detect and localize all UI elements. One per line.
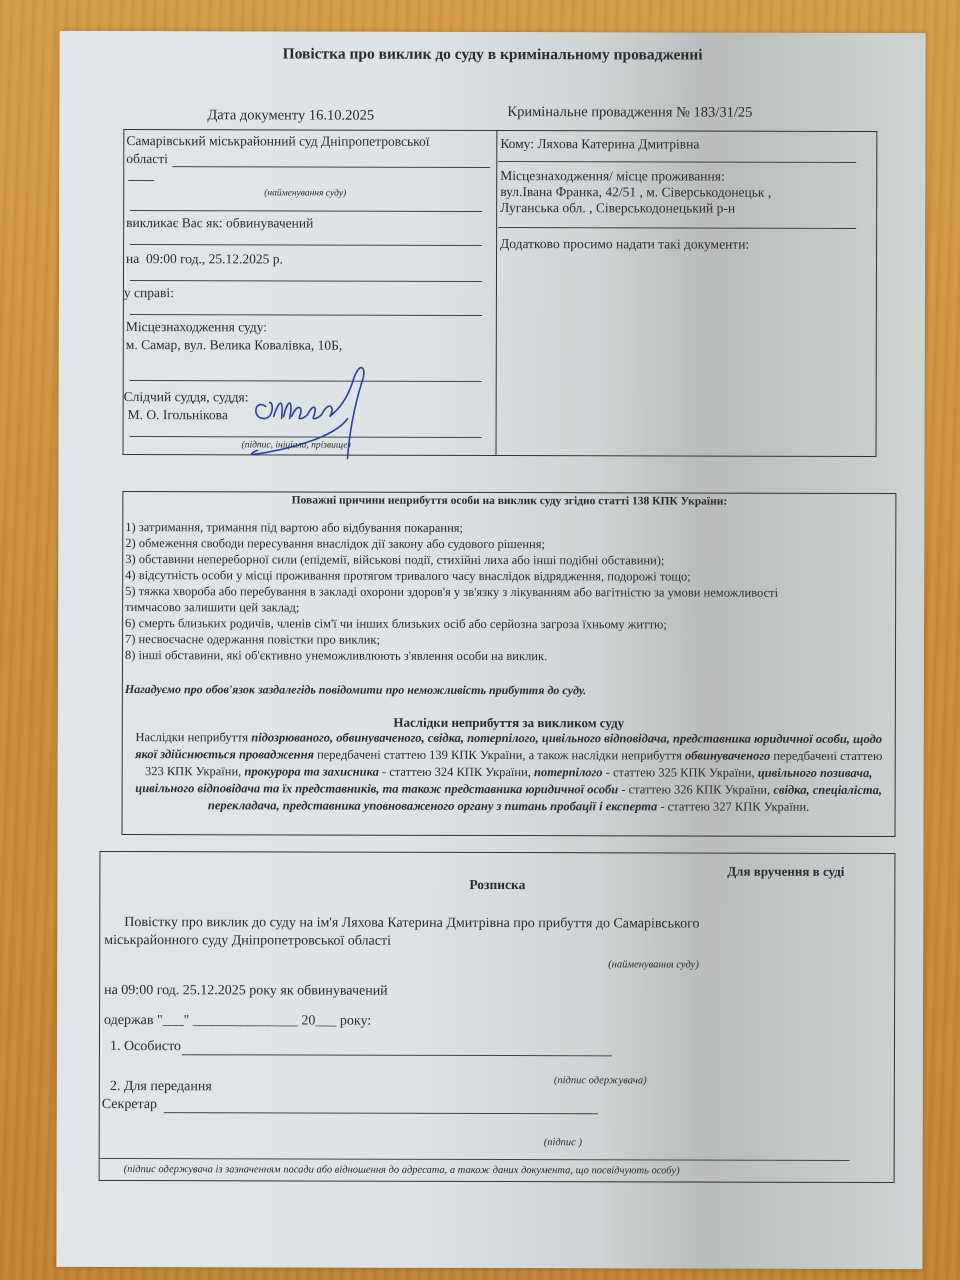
plain-text: Наслідки неприбуття: [136, 730, 252, 744]
summons-details-table: Самарівський міськрайонний суд Дніпропет…: [123, 129, 878, 457]
emphasized-text: потерпілого: [534, 765, 603, 779]
valid-reasons-box: Поважні причини неприбуття особи на викл…: [122, 491, 897, 837]
plain-text: - статтею 327 КПК України.: [657, 799, 809, 813]
reason-item: 6) смерть близьких родичів, членів сім'ї…: [125, 616, 885, 633]
reason-item: 1) затримання, тримання під вартою або в…: [125, 520, 885, 537]
recipient-label: Кому:: [500, 136, 534, 151]
receipt-received-line: одержав "___" _______________ 20___ року…: [104, 1012, 371, 1031]
personally-label: 1. Особисто: [110, 1038, 181, 1056]
recipient-signature-note: (підпис одержувача): [554, 1075, 647, 1086]
receipt-court-note: (найменування суду): [608, 959, 699, 970]
address-line1: вул.Івана Франка, 42/51 , м. Сіверськодо…: [500, 183, 771, 201]
reason-item: тимчасово залишити цей заклад;: [125, 600, 885, 617]
reason-item: 7) несвоєчасне одержання повістки про ви…: [125, 632, 885, 649]
plain-text: передбачені статтею 139 КПК України, а т…: [314, 748, 685, 763]
reasons-heading: Поважні причини неприбуття особи на викл…: [123, 494, 895, 508]
summons-paper: Повістка про виклик до суду в кримінальн…: [56, 31, 925, 1269]
address-line2: Луганська обл. , Сіверськодонецький р-н: [500, 199, 735, 217]
judge-signature: [243, 358, 413, 468]
summoned-as-value: обвинувачений: [226, 215, 313, 230]
receipt-box: Для вручення в суді Розписка Повістку пр…: [99, 851, 896, 1183]
appointment-value: 09:00 год., 25.12.2025 р.: [146, 251, 283, 266]
receipt-title: Розписка: [100, 876, 894, 894]
reason-item: 4) відсутність особи у місці проживання …: [125, 568, 885, 585]
document-date: Дата документу 16.10.2025: [207, 107, 374, 124]
reason-item: 3) обставини непереборної сили (епідемії…: [125, 552, 885, 569]
plain-text: - статтею 324 КПК України,: [379, 765, 534, 779]
rule: [130, 210, 482, 212]
rule: [128, 180, 154, 181]
secretary-label: Секретар: [102, 1096, 157, 1114]
reason-item: 2) обмеження свободи пересування внаслід…: [125, 536, 885, 553]
rule: [130, 280, 482, 282]
case-number-value: 183/31/25: [694, 105, 753, 121]
summoned-as-label: викликає Вас як:: [126, 215, 223, 230]
consequences-text: Наслідки неприбуття підозрюваного, обвин…: [127, 729, 891, 816]
judge-label: Слідчий суддя, суддя:: [124, 388, 249, 405]
court-location-label: Місцезнаходження суду:: [126, 318, 267, 335]
emphasized-text: обвинуваченого: [685, 749, 770, 763]
documents-label: Додатково просимо надати такі документи:: [500, 235, 749, 253]
document-date-value: 16.10.2025: [309, 108, 374, 124]
court-name-line1: Самарівський міськрайонний суд Дніпропет…: [126, 132, 429, 150]
address-label: Місцезнаходження/ місце проживання:: [500, 167, 725, 185]
rule: [498, 227, 856, 229]
reason-item: 8) інші обставини, які об'єктивно унемож…: [125, 648, 885, 665]
rule: [172, 166, 490, 168]
personally-signature-line[interactable]: [182, 1054, 612, 1056]
recipient-name: Ляхова Катерина Дмитрівна: [537, 136, 699, 151]
receipt-footer-note: (підпис одержувача із зазначенням посади…: [124, 1164, 680, 1176]
court-name-line2: області: [126, 150, 168, 167]
column-divider: [496, 131, 498, 455]
reason-item: 5) тяжка хвороба або перебування в закла…: [125, 584, 885, 601]
receipt-line2: міськрайонного суду Дніпропетровської об…: [104, 932, 391, 951]
rule: [498, 161, 856, 163]
secretary-signature-note: (підпис ): [544, 1137, 582, 1148]
document-date-label: Дата документу: [207, 107, 305, 123]
rule: [130, 314, 482, 316]
summoned-as: викликає Вас як: обвинувачений: [126, 214, 313, 231]
court-location-value: м. Самар, вул. Велика Ковалівка, 10Б,: [126, 336, 342, 354]
emphasized-text: прокурора та захисника: [244, 764, 378, 778]
case-number-label: Кримінальне провадження №: [507, 104, 690, 120]
plain-text: - статтею 325 КПК України,: [603, 765, 758, 779]
case-label: у справі:: [124, 284, 174, 301]
for-transfer-label: 2. Для передання: [110, 1078, 212, 1096]
plain-text: - статтею 326 КПК України,: [618, 782, 773, 796]
appointment: на 09:00 год., 25.12.2025 р.: [126, 250, 283, 267]
case-number: Кримінальне провадження № 183/31/25: [507, 104, 752, 122]
receipt-line1: Повістку про виклик до суду на ім'я Ляхо…: [124, 914, 699, 934]
secretary-signature-line[interactable]: [164, 1112, 598, 1114]
court-name-note: (найменування суду): [264, 188, 346, 198]
document-title: Повістка про виклик до суду в кримінальн…: [60, 45, 926, 65]
reminder-text: Нагадуємо про обов'язок заздалегідь пові…: [125, 682, 586, 698]
recipient: Кому: Ляхова Катерина Дмитрівна: [500, 135, 699, 153]
appointment-prefix: на: [126, 251, 139, 266]
rule: [130, 244, 482, 246]
judge-name: М. О. Ігольнікова: [128, 406, 228, 423]
rule: [100, 1158, 850, 1161]
receipt-appointment: на 09:00 год. 25.12.2025 року як обвинув…: [104, 982, 388, 1001]
